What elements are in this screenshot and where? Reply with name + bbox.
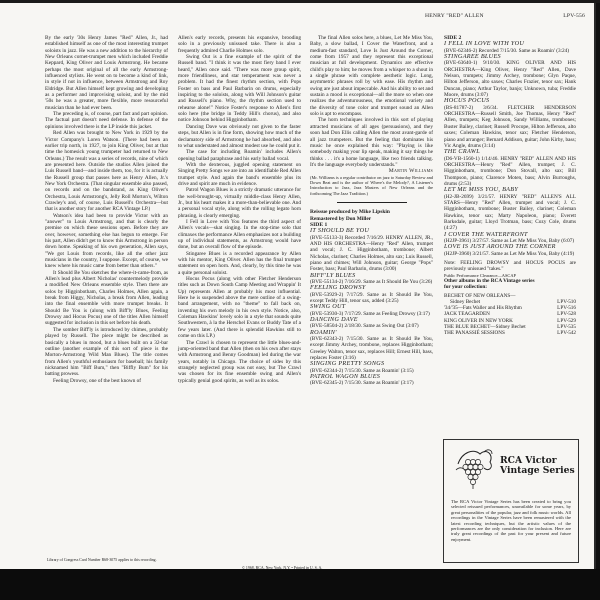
essay-column-2: Allen's early records, presents his expa… <box>178 35 301 384</box>
essay-paragraph: Hocus Pocus (along with other Fletcher H… <box>178 276 301 339</box>
grape-vine-logo-icon <box>454 446 496 490</box>
promo-title-line-2: Vintage Series <box>500 466 575 476</box>
essay-paragraph: The Crawl is chosen to represent the lit… <box>178 340 301 384</box>
essay-column-3: The final Allen solos here, a blues, Let… <box>310 35 433 387</box>
side-2-track: LET ME MISS YOU, BABY (H2-JB-2699) 3/21/… <box>444 187 576 231</box>
track-detail: (BVE-63640-1) 9/10/30. KING OLIVER AND H… <box>444 60 576 98</box>
side-2-track: STINGAREE BLUES (BVE-63640-1) 9/10/30. K… <box>444 54 576 98</box>
side-2-track: THE CRAWL (D6-VB-1560-1) 1/14/46. HENRY … <box>444 149 576 187</box>
other-albums-subheading: for your collection: <box>444 284 576 290</box>
catalog-number: LPV-556 <box>563 13 585 19</box>
divider-rule <box>337 202 407 203</box>
essay-paragraph: The horn techniques involved in this sor… <box>310 117 433 168</box>
rca-vintage-series-box: RCA Victor Vintage Series The RCA Victor… <box>443 439 579 563</box>
track-detail: (BVE-62345-2) 7/15/30. Same as Roamin' (… <box>310 380 433 386</box>
track-detail: (H2JP-3960) 3/21/57. Same as Let Me Miss… <box>444 251 576 257</box>
album-list-item: THE PANASSIÉ SESSIONS LPV-542 <box>444 330 576 336</box>
other-albums-list: BECHET OF NEW ORLEANS— Sidney Bechet LPV… <box>444 293 576 336</box>
library-of-congress-note: Library of Congress Card Number R68-3075… <box>47 558 157 562</box>
essay-paragraph: By the early '30s Henry James "Red" Alle… <box>45 35 168 111</box>
track-detail: (BS-81787-2) 3/6/34. FLETCHER HENDERSON … <box>444 105 576 149</box>
author-note: (Mr. Williams is a regular contributor o… <box>310 175 433 197</box>
essay-paragraph: The preceding is, of course, part fact a… <box>45 111 168 130</box>
track-detail: (D6-VB-1560-1) 1/14/46. HENRY "RED" ALLE… <box>444 156 576 188</box>
unissued-takes-note: Note: FEELING DROWSY and HOCUS POCUS are… <box>444 260 576 273</box>
essay-paragraph: The somber Biff'ly is introduced by chim… <box>45 327 168 378</box>
essay-paragraph: I Fell in Love with You features the thi… <box>178 219 301 251</box>
essay-paragraph: Watson's idea had been to provide Victor… <box>45 213 168 270</box>
essay-paragraph: Red Allen was brought to New York in 192… <box>45 130 168 212</box>
album-title: HENRY "RED" ALLEN <box>425 13 484 19</box>
essay-column-1: By the early '30s Henry James "Red" Alle… <box>45 35 168 384</box>
album-title: THE PANASSIÉ SESSIONS <box>444 330 505 336</box>
side-2-column: SIDE 2 I FELL IN LOVE WITH YOU (BVE-6234… <box>444 35 576 336</box>
side-2-track: HOCUS POCUS (BS-81787-2) 3/6/34. FLETCHE… <box>444 98 576 149</box>
essay-paragraph: Stingaree Blues is a recorded appearance… <box>178 251 301 276</box>
liner-notes-sheet: HENRY "RED" ALLEN LPV-556 By the early '… <box>0 3 594 569</box>
side-1-track: FEELING DROWSY (BVE-53929-2) 7/17/29. Sa… <box>310 285 433 304</box>
track-detail: (BVE-55133-3) Recorded 7/16/29. HENRY AL… <box>310 235 433 273</box>
essay-paragraph: Feeling Drowsy, one of the best known of <box>45 378 168 384</box>
page-header: HENRY "RED" ALLEN LPV-556 <box>425 13 585 19</box>
track-detail: (H2-JB-2699) 3/21/57. HENRY "RED" ALLEN'… <box>444 194 576 232</box>
essay-paragraph: It Should Be You sketches the where-it-c… <box>45 270 168 327</box>
essay-paragraph: Allen's early records, presents his expa… <box>178 35 301 54</box>
essay-paragraph: Patrol Wagon Blues is a strictly dramati… <box>178 187 301 219</box>
track-detail: (BVE-62343-2) 7/15/30. Same as It Should… <box>310 336 433 361</box>
side-1-track: ROAMIN' (BVE-62343-2) 7/15/30. Same as I… <box>310 330 433 362</box>
essay-paragraph: Swing Out is a fine example of the spiri… <box>178 54 301 124</box>
essay-paragraph: The case for including Roamin' includes … <box>178 149 301 162</box>
promo-description: The RCA Victor Vintage Series has been c… <box>451 499 571 542</box>
scan-bottom-border <box>0 569 600 600</box>
side-1-track: IT SHOULD BE YOU (BVE-55133-3) Recorded … <box>310 228 433 272</box>
essay-paragraph: With the dexterous, juggled opening stat… <box>178 162 301 187</box>
side-1-track: DANCING DAVE (BVE-58504-2) 2/18/30. Same… <box>310 317 433 330</box>
essay-paragraph: Dancing Dave was obviously not given to … <box>178 124 301 149</box>
side-1-track: PATROL WAGON BLUES (BVE-62345-2) 7/15/30… <box>310 374 433 387</box>
side-2-track: LOVE IS JUST AROUND THE CORNER (H2JP-396… <box>444 244 576 257</box>
album-catalog: LPV-542 <box>557 330 576 336</box>
promo-title: RCA Victor Vintage Series <box>500 456 575 476</box>
essay-paragraph: The final Allen solos here, a blues, Let… <box>310 35 433 117</box>
